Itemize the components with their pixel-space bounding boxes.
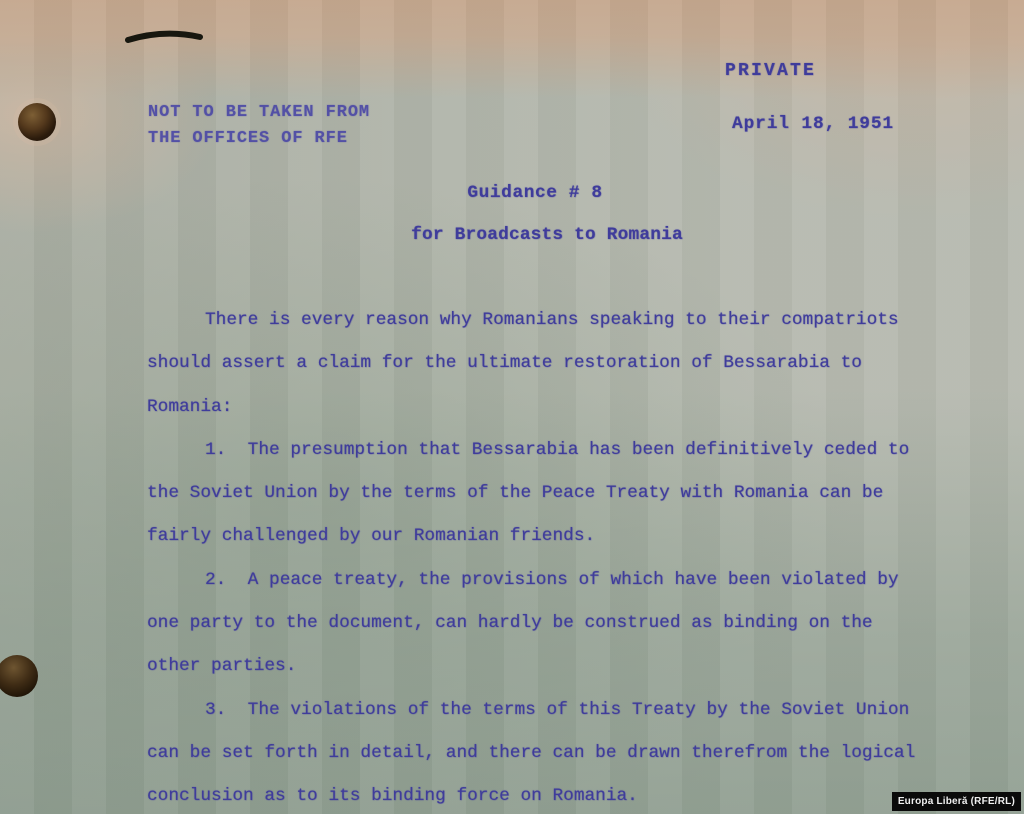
source-badge: Europa Liberă (RFE/RL) — [892, 792, 1021, 811]
not-to-be-taken-stamp: NOT TO BE TAKEN FROM THE OFFICES OF RFE — [148, 100, 370, 152]
paragraph-line: 3. The violations of the terms of this T… — [147, 689, 947, 732]
paragraph-line: There is every reason why Romanians spea… — [147, 299, 947, 342]
paragraph-line: should assert a claim for the ultimate r… — [147, 342, 947, 385]
punch-hole-top — [18, 103, 56, 141]
paragraph-line: conclusion as to its binding force on Ro… — [147, 775, 947, 814]
staple — [122, 24, 206, 52]
document-body: There is every reason why Romanians spea… — [147, 299, 947, 814]
stamp-line-2: THE OFFICES OF RFE — [148, 126, 370, 152]
paragraph-point-2: 2. A peace treaty, the provisions of whi… — [147, 559, 947, 689]
document-subtitle: for Broadcasts to Romania — [147, 225, 947, 245]
classification-label: PRIVATE — [725, 61, 816, 81]
punch-hole-bottom — [0, 655, 38, 697]
stamp-line-1: NOT TO BE TAKEN FROM — [148, 100, 370, 126]
paragraph-line: other parties. — [147, 645, 947, 688]
date-label: April 18, 1951 — [732, 114, 894, 134]
paragraph-point-3: 3. The violations of the terms of this T… — [147, 689, 947, 814]
paragraph-line: can be set forth in detail, and there ca… — [147, 732, 947, 775]
paragraph-line: 1. The presumption that Bessarabia has b… — [147, 429, 947, 472]
paragraph-line: fairly challenged by our Romanian friend… — [147, 515, 947, 558]
paragraph-line: one party to the document, can hardly be… — [147, 602, 947, 645]
paragraph-line: Romania: — [147, 386, 947, 429]
paragraph-point-1: 1. The presumption that Bessarabia has b… — [147, 429, 947, 559]
paragraph-intro: There is every reason why Romanians spea… — [147, 299, 947, 429]
paragraph-line: the Soviet Union by the terms of the Pea… — [147, 472, 947, 515]
document-title: Guidance # 8 — [147, 183, 923, 203]
paragraph-line: 2. A peace treaty, the provisions of whi… — [147, 559, 947, 602]
document-page: PRIVATE NOT TO BE TAKEN FROM THE OFFICES… — [0, 0, 1024, 814]
